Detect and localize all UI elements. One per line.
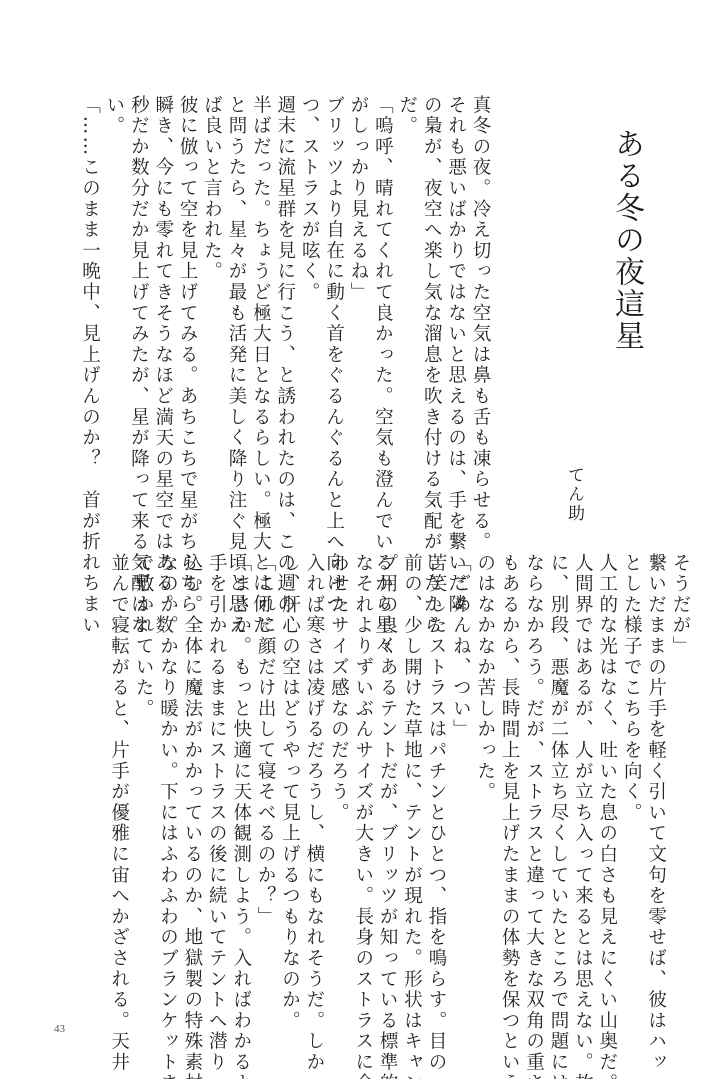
text-column: 真冬の夜。冷え切った空気は鼻も舌も凍らせる。 — [468, 95, 492, 523]
book-page: ある冬の夜這星 てん助 真冬の夜。冷え切った空気は鼻も舌も凍らせる。 それも悪い… — [0, 0, 720, 1079]
text-column: 人間界ではあるが、人が立ち入って来るとは思えない。故 — [570, 553, 594, 993]
text-column: ならなかろう。だが、ストラスと違って大きな双角の重さ — [521, 553, 545, 993]
text-column: だ。 — [394, 95, 418, 523]
text-column: つ、ストラスが呟く。 — [297, 95, 321, 523]
text-column: 前の、少し開けた草地に、テントが現れた。形状はキャン — [399, 553, 423, 993]
text-column: がしっかり見えるね」 — [346, 95, 370, 523]
text-column: とした様子でこちらを向く。 — [619, 553, 643, 993]
text-column: 並んで寝転がると、片手が優雅に宙へかざされる。天井 — [106, 553, 130, 993]
text-column: ブリッツより自在に動く首をぐるんぐるんと上へ向けつ — [321, 95, 345, 523]
text-column: 瞬き、今にも零れてきそうなほど満天の星空ではある。数 — [150, 95, 174, 523]
text-column: 人工的な光はなく、吐いた息の白さも見えにくい山奥だ。 — [594, 553, 618, 993]
text-column: 込む。全体に魔法がかかっているのか、地獄製の特殊素材 — [179, 553, 203, 993]
lower-text-tier: そうだが」 繋いだままの片手を軽く引いて文句を零せば、彼はハッ とした様子でこち… — [112, 553, 692, 993]
text-column: 繋いだままの片手を軽く引いて文句を零せば、彼はハッ — [643, 553, 667, 993]
author-name: てん助 — [563, 466, 585, 546]
text-column: 「これに顔だけ出して寝そべるのか？」 — [253, 553, 277, 993]
text-column: と問うたら、星々が最も活発に美しく降り注ぐ見頃と思え — [224, 95, 248, 523]
upper-text-tier: 真冬の夜。冷え切った空気は鼻も舌も凍らせる。 それも悪いばかりではないと思えるの… — [112, 95, 492, 523]
text-column: 入れば寒さは凌げるだろうし、横にもなれそうだ。しか — [302, 553, 326, 993]
text-column: 週末に流星群を見に行こう、と誘われたのは、この週の — [272, 95, 296, 523]
text-column: なのか。かなり暖かい。下にはふわふわのブランケットま — [155, 553, 179, 993]
text-column: 秒だか数分だか見上げてみたが、星が降って来る気配はな — [126, 95, 150, 523]
text-column: なそれよりずいぶんサイズが大きい。長身のストラスに合 — [350, 553, 374, 993]
text-column: の梟が、夜空へ楽し気な溜息を吹き付ける気配がしたから — [419, 95, 443, 523]
text-column: それも悪いばかりではないと思えるのは、手を繋いだ隣 — [443, 95, 467, 523]
text-column: で敷かれていた。 — [131, 553, 155, 993]
text-column: ば良いと言われた。 — [199, 95, 223, 523]
page-number: 43 — [54, 1023, 65, 1035]
text-column: し、肝心の空はどうやって見上げるつもりなのか。 — [277, 553, 301, 993]
text-column: もあるから、長時間上を見上げたままの体勢を保つという — [497, 553, 521, 993]
text-column: 「ごめんね、つい」 — [448, 553, 472, 993]
text-column: のはなかなか苦しかった。 — [472, 553, 496, 993]
text-column: 手を引かれるままにストラスの後に続いてテントへ潜り — [204, 553, 228, 993]
text-column: 「まさか。もっと快適に天体観測しよう。入ればわかるよ」 — [228, 553, 252, 993]
story-title: ある冬の夜這星 — [606, 128, 646, 378]
text-column: 苦笑したストラスはパチンとひとつ、指を鳴らす。目の — [424, 553, 448, 993]
text-column: わせたサイズ感なのだろう。 — [326, 553, 350, 993]
text-column: い。 — [102, 95, 126, 523]
text-column: そうだが」 — [668, 553, 692, 993]
text-column: 彼に倣って空を見上げてみる。あちこちで星がちらちら — [175, 95, 199, 523]
text-column: 「嗚呼、晴れてくれて良かった。空気も澄んでいるから星々 — [370, 95, 394, 523]
text-column: 「……このまま一晩中、見上げんのか？ 首が折れちまい — [77, 95, 101, 523]
text-column: 半ばだった。ちょうど極大日となるらしい。極大とは何だ — [248, 95, 272, 523]
text-column: プ用の良くあるテントだが、ブリッツが知っている標準的 — [375, 553, 399, 993]
text-column: に、別段、悪魔が二体立ち尽くしていたところで問題には — [546, 553, 570, 993]
